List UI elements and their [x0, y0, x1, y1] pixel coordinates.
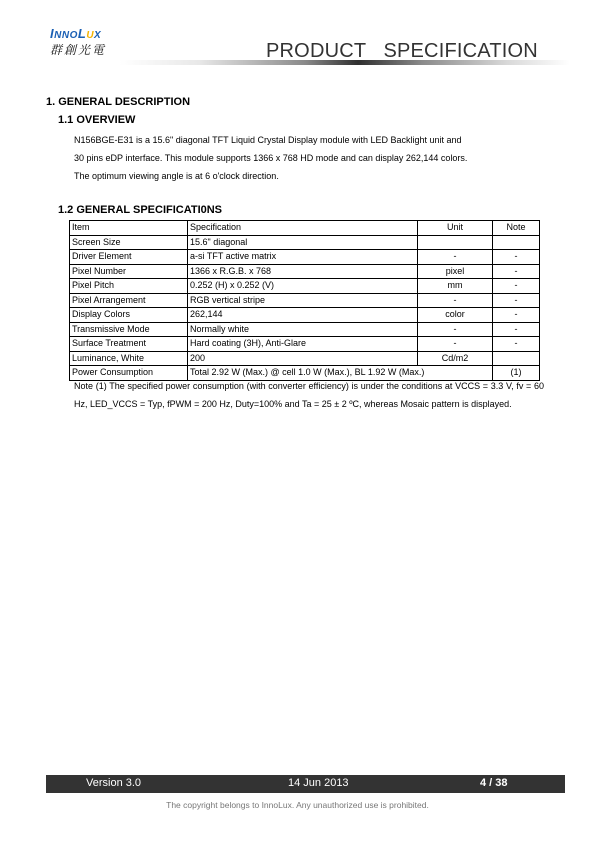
- overview-line: The optimum viewing angle is at 6 o'cloc…: [74, 167, 534, 185]
- overview-line: N156BGE-E31 is a 15.6" diagonal TFT Liqu…: [74, 131, 534, 149]
- table-cell: -: [493, 322, 540, 337]
- logo-brand: INNOLUX: [50, 27, 150, 43]
- footer-bar: Version 3.0 14 Jun 2013 4 / 38: [46, 775, 565, 793]
- table-cell: Screen Size: [70, 235, 188, 250]
- column-header: Item: [70, 221, 188, 236]
- overview-heading: 1.1 OVERVIEW: [58, 114, 135, 126]
- table-cell: mm: [418, 279, 493, 294]
- table-cell: [493, 235, 540, 250]
- column-header: Note: [493, 221, 540, 236]
- table-cell: -: [493, 337, 540, 352]
- copyright-notice: The copyright belongs to InnoLux. Any un…: [0, 800, 595, 810]
- power-note: Note (1) The specified power consumption…: [74, 377, 544, 413]
- specs-heading: 1.2 GENERAL SPECIFICATI0NS: [58, 204, 222, 216]
- table-cell: 15.6" diagonal: [188, 235, 418, 250]
- table-cell: color: [418, 308, 493, 323]
- date-label: 14 Jun 2013: [288, 777, 349, 789]
- table-cell: -: [493, 308, 540, 323]
- innolux-logo: INNOLUX 群創光電: [50, 27, 150, 61]
- table-cell: Pixel Number: [70, 264, 188, 279]
- table-row: Display Colors262,144color-: [70, 308, 540, 323]
- table-cell: Transmissive Mode: [70, 322, 188, 337]
- table-cell: -: [493, 279, 540, 294]
- overview-line: 30 pins eDP interface. This module suppo…: [74, 149, 534, 167]
- version-label: Version 3.0: [86, 777, 141, 789]
- table-cell: pixel: [418, 264, 493, 279]
- table-cell: -: [418, 293, 493, 308]
- table-cell: RGB vertical stripe: [188, 293, 418, 308]
- table-header-row: Item Specification Unit Note: [70, 221, 540, 236]
- table-cell: Hard coating (3H), Anti-Glare: [188, 337, 418, 352]
- table-cell: -: [493, 250, 540, 265]
- table-cell: -: [493, 264, 540, 279]
- table-cell: Driver Element: [70, 250, 188, 265]
- table-row: Driver Elementa-si TFT active matrix--: [70, 250, 540, 265]
- table-row: Surface TreatmentHard coating (3H), Anti…: [70, 337, 540, 352]
- table-cell: Pixel Arrangement: [70, 293, 188, 308]
- table-cell: Cd/m2: [418, 351, 493, 366]
- table-row: Screen Size15.6" diagonal: [70, 235, 540, 250]
- table-cell: [493, 351, 540, 366]
- header-divider: [40, 60, 570, 65]
- table-cell: [418, 235, 493, 250]
- table-cell: 0.252 (H) x 0.252 (V): [188, 279, 418, 294]
- table-row: Pixel Number1366 x R.G.B. x 768pixel-: [70, 264, 540, 279]
- table-cell: Surface Treatment: [70, 337, 188, 352]
- overview-paragraph: N156BGE-E31 is a 15.6" diagonal TFT Liqu…: [74, 131, 534, 185]
- table-cell: -: [418, 337, 493, 352]
- logo-chinese: 群創光電: [50, 43, 150, 58]
- spec-table: Item Specification Unit Note Screen Size…: [69, 220, 540, 381]
- table-row: Luminance, White200Cd/m2: [70, 351, 540, 366]
- table-cell: 1366 x R.G.B. x 768: [188, 264, 418, 279]
- table-cell: Display Colors: [70, 308, 188, 323]
- table-cell: -: [493, 293, 540, 308]
- column-header: Unit: [418, 221, 493, 236]
- column-header: Specification: [188, 221, 418, 236]
- table-cell: Luminance, White: [70, 351, 188, 366]
- table-cell: 262,144: [188, 308, 418, 323]
- section-heading: 1. GENERAL DESCRIPTION: [46, 96, 190, 108]
- page-number: 4 / 38: [480, 777, 508, 789]
- table-cell: a-si TFT active matrix: [188, 250, 418, 265]
- table-cell: Pixel Pitch: [70, 279, 188, 294]
- table-cell: -: [418, 250, 493, 265]
- table-cell: 200: [188, 351, 418, 366]
- table-cell: -: [418, 322, 493, 337]
- table-row: Transmissive ModeNormally white--: [70, 322, 540, 337]
- table-row: Pixel ArrangementRGB vertical stripe--: [70, 293, 540, 308]
- table-row: Pixel Pitch0.252 (H) x 0.252 (V)mm-: [70, 279, 540, 294]
- table-cell: Normally white: [188, 322, 418, 337]
